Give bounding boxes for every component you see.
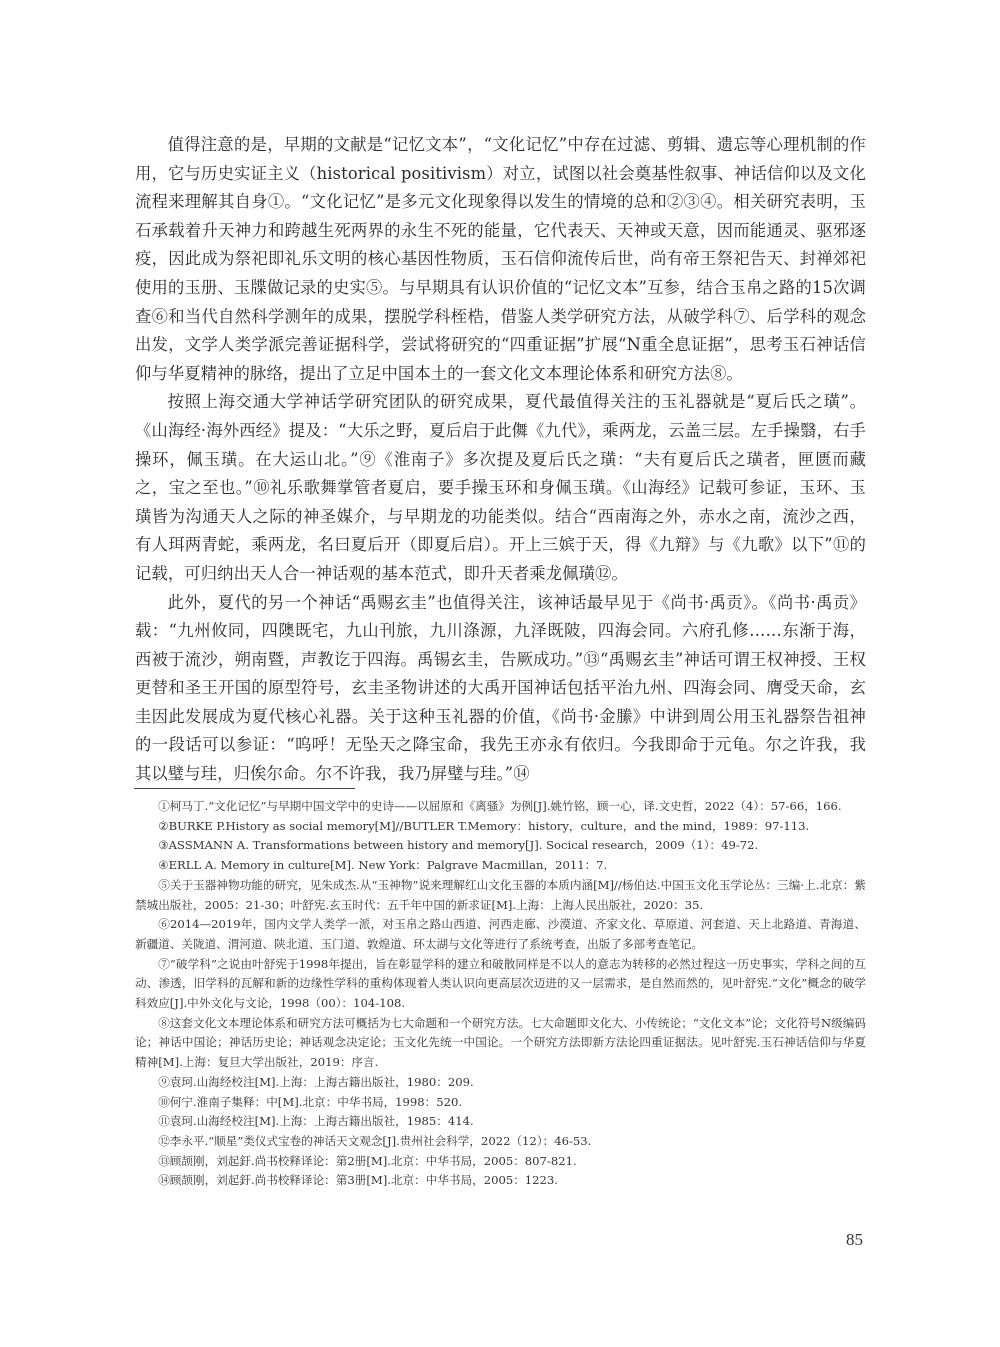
footnote: ⑥2014—2019年，国内文学人类学一派，对玉帛之路山西道、河西走廊、沙漠道、… — [135, 915, 866, 954]
footnote: ⑩何宁.淮南子集释：中[M].北京：中华书局，1998：520. — [135, 1093, 866, 1113]
footnote: ⑪袁珂.山海经校注[M].上海：上海古籍出版社，1985：414. — [135, 1112, 866, 1132]
footnote: ⑭顾颉刚，刘起釪.尚书校释译论：第3册[M].北京：中华书局，2005：1223… — [135, 1171, 866, 1191]
footnote: ③ASSMANN A. Transformations between hist… — [135, 836, 866, 856]
body-paragraph: 值得注意的是，早期的文献是“记忆文本”，“文化记忆”中存在过滤、剪辑、遗忘等心理… — [135, 131, 866, 388]
footnote: ②BURKE P.History as social memory[M]//BU… — [135, 817, 866, 837]
footnote: ①柯马丁.“文化记忆”与早期中国文学中的史诗——以屈原和《离骚》为例[J].姚竹… — [135, 797, 866, 817]
body-paragraph: 此外，夏代的另一个神话“禹赐玄圭”也值得关注，该神话最早见于《尚书·禹贡》。《尚… — [135, 589, 866, 789]
footnote: ④ERLL A. Memory in culture[M]. New York：… — [135, 856, 866, 876]
page-number: 85 — [846, 1230, 863, 1250]
footnote: ⑨袁珂.山海经校注[M].上海：上海古籍出版社，1980：209. — [135, 1073, 866, 1093]
body-paragraph: 按照上海交通大学神话学研究团队的研究成果，夏代最值得关注的玉礼器就是“夏后氏之璜… — [135, 388, 866, 588]
footnote: ⑦“破学科”之说由叶舒宪于1998年提出，旨在彰显学科的建立和破散同样是不以人的… — [135, 955, 866, 1014]
footnotes: ①柯马丁.“文化记忆”与早期中国文学中的史诗——以屈原和《离骚》为例[J].姚竹… — [135, 797, 866, 1191]
footnote: ⑤关于玉器神物功能的研究，见朱成杰.从“玉神物”说来理解红山文化玉器的本质内涵[… — [135, 876, 866, 915]
footnote: ⑫李永平.“顺星”类仪式宝卷的神话天文观念[J].贵州社会科学，2022（12）… — [135, 1132, 866, 1152]
footnote: ⑬顾颉刚，刘起釪.尚书校释译论：第2册[M].北京：中华书局，2005：807-… — [135, 1152, 866, 1172]
footnote-divider — [134, 788, 355, 789]
body-text: 值得注意的是，早期的文献是“记忆文本”，“文化记忆”中存在过滤、剪辑、遗忘等心理… — [135, 131, 866, 789]
footnote: ⑧这套文化文本理论体系和研究方法可概括为七大命题和一个研究方法。七大命题即文化大… — [135, 1014, 866, 1073]
